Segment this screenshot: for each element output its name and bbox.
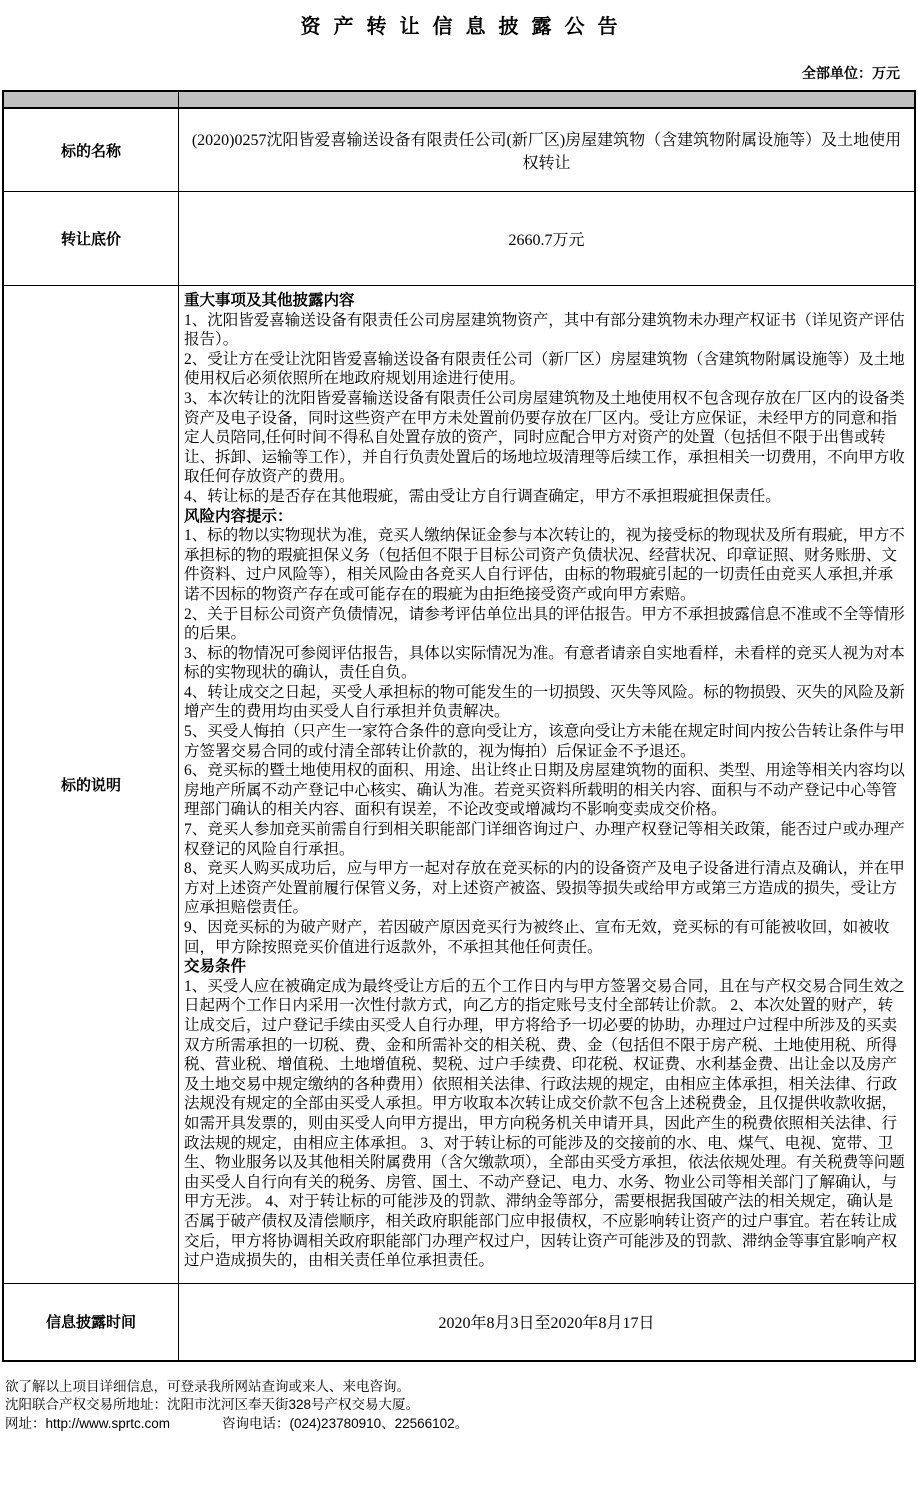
- table-header-row: [3, 91, 915, 108]
- footer-info-line: 欲了解以上项目详细信息，可登录我所网站查询或来人、来电咨询。: [5, 1378, 918, 1397]
- subject-name-value: (2020)0257沈阳皆爱喜输送设备有限责任公司(新厂区)房屋建筑物（含建筑物…: [179, 108, 916, 192]
- description-paragraph: 3、标的物情况可参阅评估报告，具体以实际情况为准。有意者请亲自实地看样，未看样的…: [184, 644, 907, 683]
- unit-note: 全部单位：万元: [0, 63, 918, 83]
- disclosure-period-value: 2020年8月3日至2020年8月17日: [179, 1283, 916, 1361]
- subject-description-label: 标的说明: [3, 286, 179, 1284]
- description-paragraph: 2、受让方在受让沈阳皆爱喜输送设备有限责任公司（新厂区）房屋建筑物（含建筑物附属…: [184, 350, 907, 389]
- description-paragraph: 6、竞买标的暨土地使用权的面积、用途、出让终止日期及房屋建筑物的面积、类型、用途…: [184, 761, 907, 820]
- disclosure-period-label: 信息披露时间: [3, 1283, 179, 1361]
- page-title: 资产转让信息披露公告: [0, 0, 918, 39]
- description-paragraph: 1、沈阳皆爱喜输送设备有限责任公司房屋建筑物资产，其中有部分建筑物未办理产权证书…: [184, 311, 907, 350]
- header-label-cell: [3, 91, 179, 108]
- subject-description-content: 重大事项及其他披露内容1、沈阳皆爱喜输送设备有限责任公司房屋建筑物资产，其中有部…: [179, 286, 916, 1284]
- description-paragraph: 3、本次转让的沈阳皆爱喜输送设备有限责任公司房屋建筑物及土地使用权不包含现存放在…: [184, 389, 907, 487]
- description-section-heading: 风险内容提示：: [184, 507, 907, 527]
- description-paragraph: 2、关于目标公司资产负债情况，请参考评估单位出具的评估报告。甲方不承担披露信息不…: [184, 605, 907, 644]
- floor-price-row: 转让底价 2660.7万元: [3, 192, 915, 286]
- description-paragraph: 8、竞买人购买成功后，应与甲方一起对存放在竞买标的内的设备资产及电子设备进行清点…: [184, 859, 907, 918]
- description-paragraph: 7、竞买人参加竞买前需自行到相关职能部门详细咨询过户、办理产权登记等相关政策，能…: [184, 820, 907, 859]
- disclosure-table: 标的名称 (2020)0257沈阳皆爱喜输送设备有限责任公司(新厂区)房屋建筑物…: [2, 90, 916, 1362]
- description-paragraph: 5、买受人悔拍（只产生一家符合条件的意向受让方，该意向受让方未能在规定时间内按公…: [184, 722, 907, 761]
- subject-description-row: 标的说明 重大事项及其他披露内容1、沈阳皆爱喜输送设备有限责任公司房屋建筑物资产…: [3, 286, 915, 1284]
- subject-name-row: 标的名称 (2020)0257沈阳皆爱喜输送设备有限责任公司(新厂区)房屋建筑物…: [3, 108, 915, 192]
- description-section-heading: 交易条件: [184, 957, 907, 977]
- description-paragraph: 4、转让成交之日起，买受人承担标的物可能发生的一切损毁、灭失等风险。标的物损毁、…: [184, 683, 907, 722]
- floor-price-value: 2660.7万元: [179, 192, 916, 286]
- footer-phone: 咨询电话：(024)23780910、22566102。: [222, 1416, 468, 1431]
- description-paragraph: 4、转让标的是否存在其他瑕疵，需由受让方自行调查确定，甲方不承担瑕疵担保责任。: [184, 487, 907, 507]
- subject-name-label: 标的名称: [3, 108, 179, 192]
- description-section-heading: 重大事项及其他披露内容: [184, 291, 907, 311]
- description-paragraph: 1、标的物以实物现状为准，竞买人缴纳保证金参与本次转让的，视为接受标的物现状及所…: [184, 526, 907, 604]
- footer-notes: 欲了解以上项目详细信息，可登录我所网站查询或来人、来电咨询。 沈阳联合产权交易所…: [5, 1378, 918, 1434]
- footer-contact-line: 网址：http://www.sprtc.com咨询电话：(024)2378091…: [5, 1415, 918, 1434]
- disclosure-period-row: 信息披露时间 2020年8月3日至2020年8月17日: [3, 1283, 915, 1361]
- footer-address-line: 沈阳联合产权交易所地址：沈阳市沈河区奉天街328号产权交易大厦。: [5, 1396, 918, 1415]
- footer-url: 网址：http://www.sprtc.com: [5, 1416, 170, 1431]
- floor-price-label: 转让底价: [3, 192, 179, 286]
- description-paragraph: 9、因竞买标的为破产财产，若因破产原因竞买行为被终止、宣布无效，竞买标的有可能被…: [184, 918, 907, 957]
- header-value-cell: [179, 91, 916, 108]
- description-paragraph: 1、买受人应在被确定成为最终受让方后的五个工作日内与甲方签署交易合同，且在与产权…: [184, 977, 907, 1271]
